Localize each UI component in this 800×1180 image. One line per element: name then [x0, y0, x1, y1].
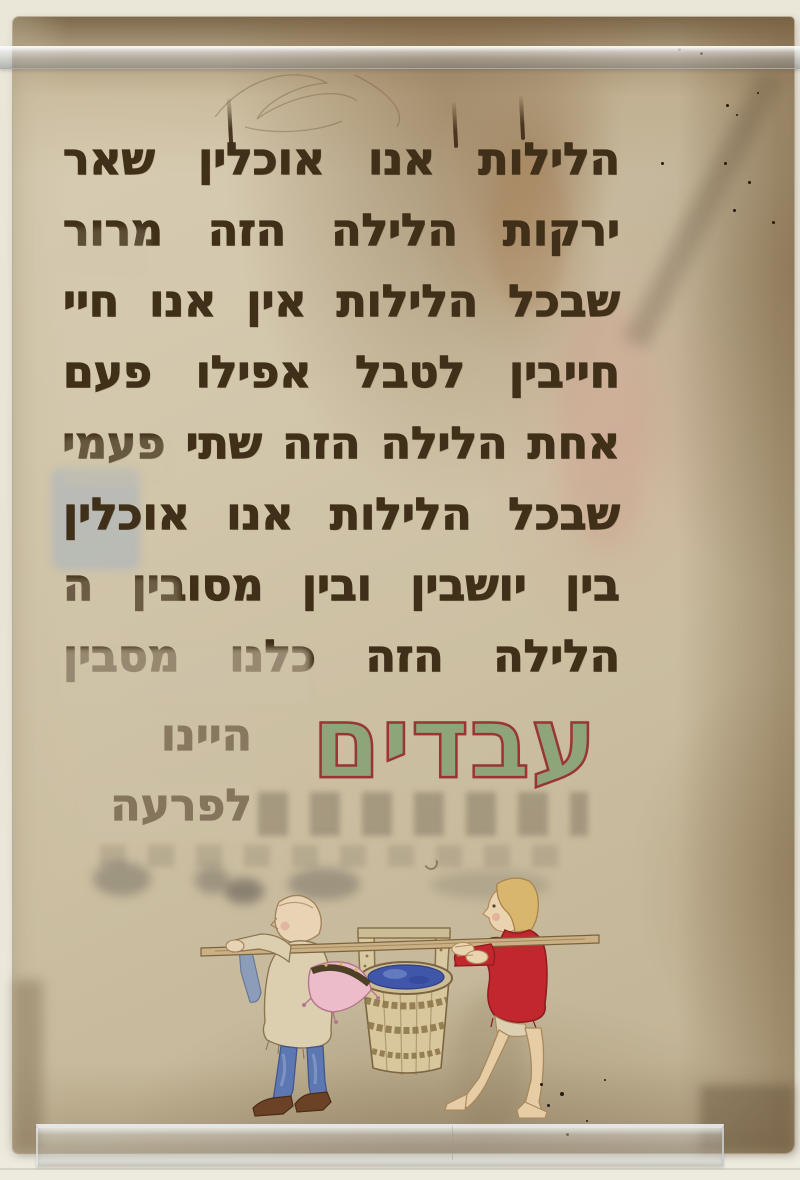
hebrew-text-line: בין יושבין ובין מסובין ה [63, 553, 620, 624]
hebrew-text-line: שבכל הלילות אנו אוכלין [63, 482, 620, 553]
hebrew-text-line: הלילות אנו אוכלין שאר [63, 127, 620, 198]
hebrew-text-line: אחת הלילה הזה שתי פעמי [63, 411, 620, 482]
ink-speck [736, 114, 738, 116]
ink-speck [547, 1104, 550, 1107]
decorated-initial-word: עבדים [250, 684, 597, 824]
ink-speck [540, 1083, 543, 1086]
ink-speck [748, 181, 751, 184]
right-carrier-arms [452, 943, 495, 967]
ink-speck [757, 92, 759, 94]
glass-weight-bar [36, 1124, 724, 1166]
glass-bar-seam [452, 1126, 453, 1160]
faded-word: היינו [82, 710, 252, 761]
hebrew-text-line: חייבין לטבל אפילו פעם [63, 340, 620, 411]
ink-speck [772, 221, 775, 224]
ink-speck [586, 1120, 588, 1122]
ink-speck [726, 104, 729, 107]
manuscript-photograph: הלילות אנו אוכלין שאר ירקות הלילה הזה מר… [0, 0, 800, 1180]
ink-speck [733, 209, 736, 212]
hebrew-text-line: שבכל הלילות אין אנו חיי [63, 269, 620, 340]
right-water-carrier [445, 878, 547, 1118]
water-carriers-illustration [195, 872, 605, 1127]
mount-sheet-edge [0, 1168, 800, 1170]
ink-speck [661, 162, 664, 165]
glass-strip-top [0, 46, 800, 69]
hebrew-text-block: הלילות אנו אוכלין שאר ירקות הלילה הזה מר… [63, 127, 620, 695]
water-surface [368, 965, 444, 989]
ink-speck [604, 1079, 606, 1081]
ink-speck [560, 1092, 564, 1096]
ink-speck [724, 162, 727, 165]
faded-word: לפרעה [84, 780, 252, 831]
hebrew-text-line: ירקות הלילה הזה מרור [63, 198, 620, 269]
